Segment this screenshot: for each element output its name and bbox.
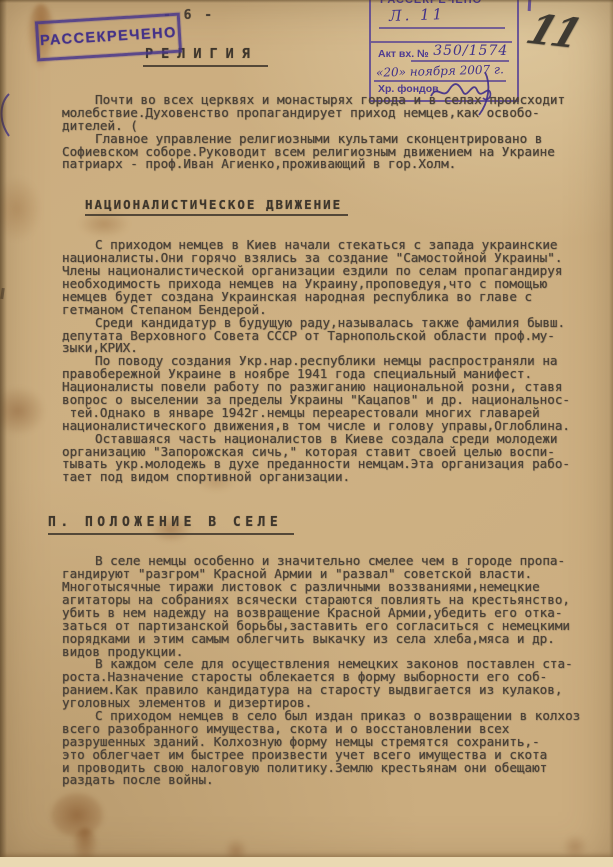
text-line: патриарх - проф.Иван Агиенко,проживающий… — [62, 158, 590, 171]
text-line: молебствие.Духовенство пропагандирует пр… — [62, 107, 590, 120]
paragraph: В селе немцы особенно и значительно смел… — [62, 555, 590, 658]
paragraph: По поводу создания Укр.нар.республики не… — [62, 355, 590, 432]
stamp-rule — [379, 27, 505, 29]
stain — [0, 386, 46, 436]
paragraph: С приходом немцев в Киев начали стекатьс… — [62, 239, 590, 316]
paragraph: Среди кандидатур в будущую раду,называла… — [62, 317, 590, 356]
section-heading-text: НАЦИОНАЛИСТИЧЕСКОЕ ДВИЖЕНИЕ — [85, 197, 348, 216]
stamp-edge-mark — [528, 0, 531, 11]
act-number: 350/1574 — [433, 43, 508, 59]
scanned-document-page: - 6 - РЕЛИГИЯ РАССЕКРЕЧЕНО РАССЕКРЕЧЕНО … — [0, 0, 613, 867]
declassified-stamp-label: РАССЕКРЕЧЕНО — [40, 25, 178, 49]
pen-mark — [0, 92, 13, 138]
paper-edge-right — [609, 0, 613, 867]
document-body: Почти во всех церквях и монастырях город… — [62, 94, 590, 787]
stain — [562, 834, 588, 860]
sheet-number-handwritten: Л. 11 — [389, 5, 446, 25]
stain — [224, 838, 248, 864]
paper-edge-top — [0, 0, 613, 3]
stain — [72, 828, 98, 867]
act-label: Акт вх. № — [378, 48, 429, 60]
paragraph: В каждом селе для осуществления немецких… — [62, 658, 590, 710]
paragraph: Почти во всех церквях и монастырях город… — [62, 94, 590, 133]
sheet-number-pencil: 11 — [520, 6, 585, 58]
text-line: тает под видом спортивной организации. — [62, 471, 590, 484]
paper-edge-bottom — [0, 857, 613, 867]
paragraph: Главное управление религиозными культами… — [62, 133, 590, 172]
paragraph: С приходом немцев в село был издан прика… — [62, 710, 590, 787]
section-heading-text: П. ПОЛОЖЕНИЕ В СЕЛЕ — [48, 515, 294, 535]
stain — [0, 176, 42, 242]
text-line: депутата Верховного Совета СССР от Тарно… — [62, 330, 590, 343]
text-line: раздать после войны. — [62, 774, 590, 787]
archive-registration-stamp: РАССЕКРЕЧЕНО Л. 11 Акт вх. № 350/1574 «2… — [369, 0, 519, 102]
section-heading: П. ПОЛОЖЕНИЕ В СЕЛЕ — [48, 511, 590, 535]
stain — [50, 792, 104, 838]
pen-speck — [0, 288, 5, 299]
section-heading: НАЦИОНАЛИСТИЧЕСКОЕ ДВИЖЕНИЕ — [85, 194, 590, 216]
paragraph: Оставшаяся часть националистов в Киеве с… — [62, 433, 590, 485]
